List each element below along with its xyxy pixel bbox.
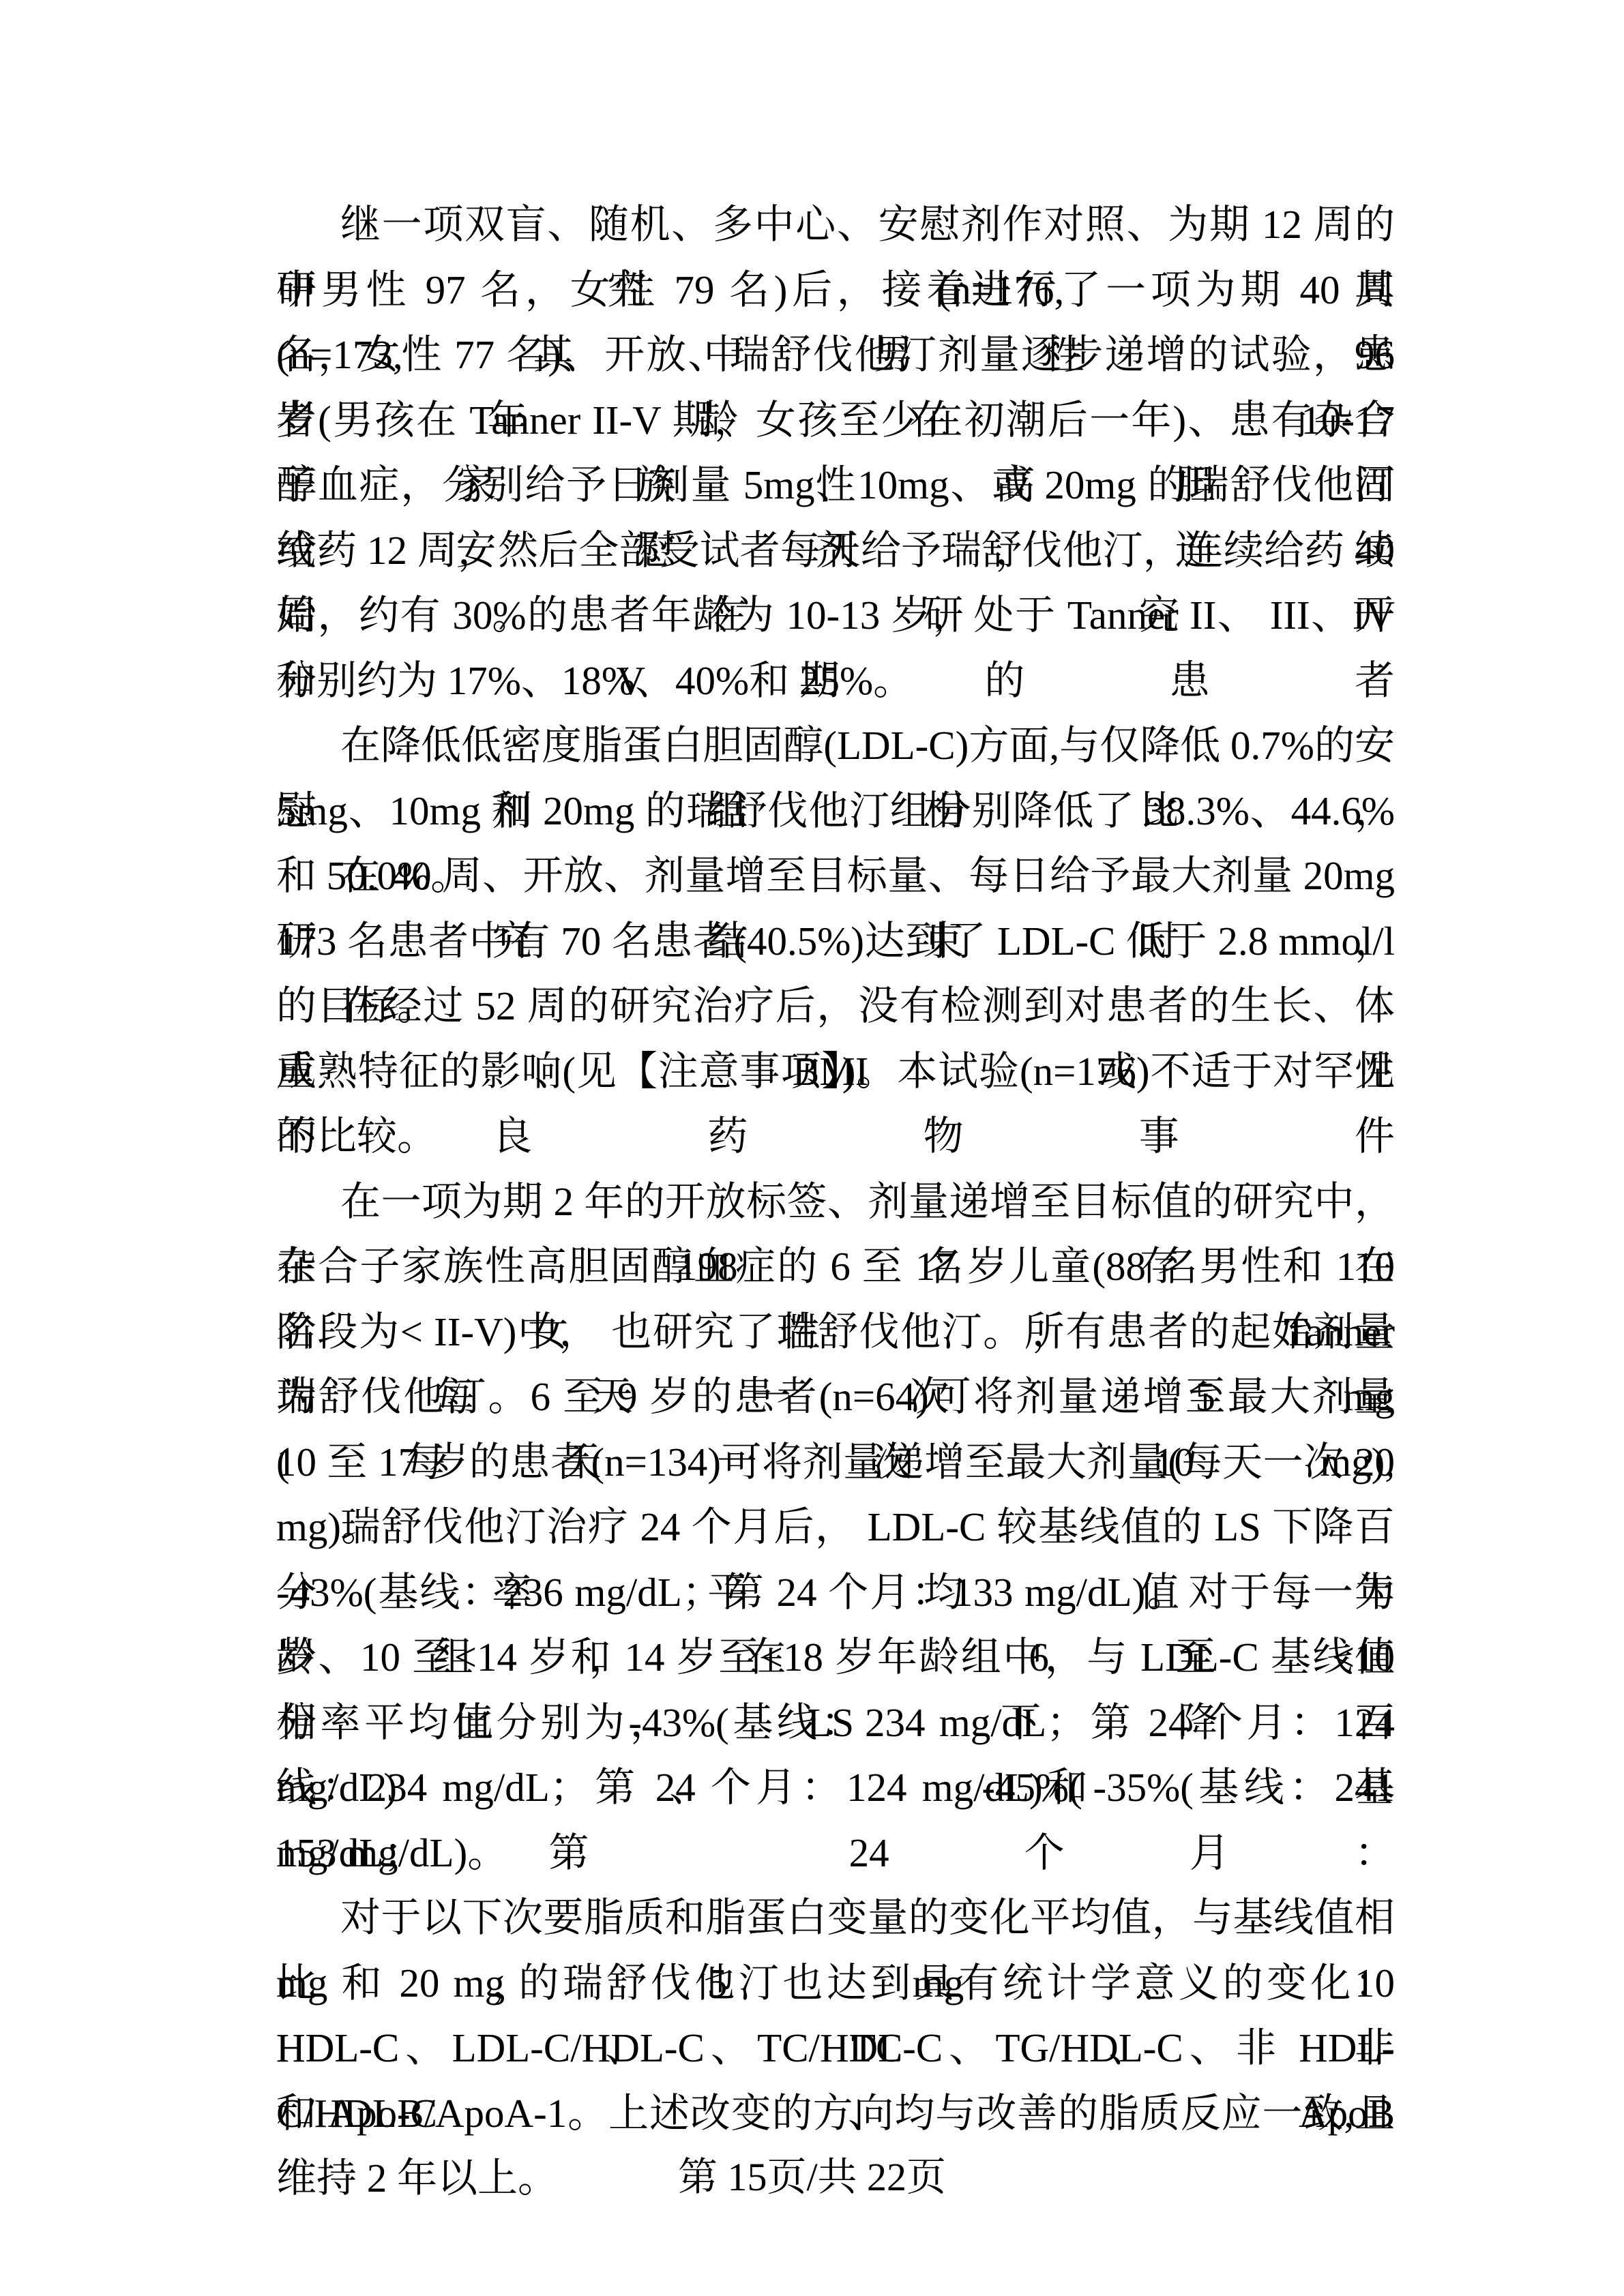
text-line: 始，约有 30%的患者年龄为 10-13 岁，处于 Tanner II、 III… — [276, 583, 1395, 648]
text-line: 名，女性 77 名)、开放、瑞舒伐他汀剂量逐步递增的试验，患者年龄在 10-17 — [276, 323, 1395, 388]
text-line: 瑞舒伐他汀治疗 24 个月后， LDL-C 较基线值的 LS 下降百分率平均值为 — [276, 1495, 1395, 1560]
paragraph: 在降低低密度脂蛋白胆固醇(LDL-C)方面,与仅降低 0.7%的安慰剂组相比，5… — [276, 713, 1395, 844]
text-line: 5mg、10mg 和 20mg 的瑞舒伐他汀组分别降低了 38.3%、44.6%… — [276, 779, 1395, 844]
text-line: 在 40 周、开放、剂量增至目标量、每日给予最大剂量 20mg 研究结束时， — [276, 844, 1395, 909]
text-line: 给药 12 周，然后全部受试者每天给予瑞舒伐他汀，连续给药 40 周。在研究开 — [276, 518, 1395, 584]
text-line: mg 和 20 mg 的瑞舒伐他汀也达到具有统计学意义的变化：HDL-C、TC、… — [276, 1951, 1395, 2016]
text-line: 岁、10 至<14 岁和 14 岁至<18 岁年龄组中，与 LDL-C 基线值相… — [276, 1625, 1395, 1690]
text-line: 阶段为< II-V)中， 也研究了瑞舒伐他汀。所有患者的起始剂量为每天一次 5 … — [276, 1300, 1395, 1365]
page-footer: 第 15页/共 22页 — [0, 2156, 1624, 2198]
paragraph: 在 40 周、开放、剂量增至目标量、每日给予最大剂量 20mg 研究结束时，17… — [276, 844, 1395, 974]
text-line: HDL-C、LDL-C/HDL-C、TC/HDL-C、TG/HDL-C、非 HD… — [276, 2016, 1395, 2081]
text-line: 和 ApoB/ApoA-1。上述改变的方向均与改善的脂质反应一致,且维持 2 年… — [276, 2081, 1395, 2147]
text-line: 对于以下次要脂质和脂蛋白变量的变化平均值，与基线值相比，5 mg、10 — [276, 1885, 1395, 1951]
text-line: 在降低低密度脂蛋白胆固醇(LDL-C)方面,与仅降低 0.7%的安慰剂组相比， — [276, 713, 1395, 779]
paragraph: 继一项双盲、随机、多中心、安慰剂作对照、为期 12 周的研究(n=176,其中男… — [276, 192, 1395, 713]
paragraph: 在一项为期 2 年的开放标签、剂量递增至目标值的研究中，在 198 名存在杂合子… — [276, 1169, 1395, 1495]
text-line: 杂合子家族性高胆固醇血症的 6 至 17 岁儿童(88 名男性和 110 名女性… — [276, 1234, 1395, 1300]
text-line: 成熟特征的影响(见【注意事项】)。本试验(n=176)不适于对罕见不良药物事件 — [276, 1039, 1395, 1105]
text-line: 醇血症，分别给予日剂量 5mg、10mg、或 20mg 的瑞舒伐他汀或安慰剂，连… — [276, 453, 1395, 518]
text-line: -43%(基线：236 mg/dL；第 24 个月：133 mg/dL)。对于每… — [276, 1560, 1395, 1626]
text-line: 线：234 mg/dL；第 24 个月：124 mg/dL)和-35%(基线：2… — [276, 1755, 1395, 1821]
paragraph: 瑞舒伐他汀治疗 24 个月后， LDL-C 较基线值的 LS 下降百分率平均值为… — [276, 1495, 1395, 1885]
text-line: 在一项为期 2 年的开放标签、剂量递增至目标值的研究中，在 198 名存在 — [276, 1169, 1395, 1235]
document-page: 继一项双盲、随机、多中心、安慰剂作对照、为期 12 周的研究(n=176,其中男… — [0, 0, 1624, 2296]
text-line: 10 至 17 岁的患者(n=134)可将剂量递增至最大剂量(每天一次 20 m… — [276, 1430, 1395, 1495]
paragraph: 对于以下次要脂质和脂蛋白变量的变化平均值，与基线值相比，5 mg、10mg 和 … — [276, 1885, 1395, 2146]
text-line: 在经过 52 周的研究治疗后，没有检测到对患者的生长、体重、BMI 或性 — [276, 974, 1395, 1039]
text-line: 中男性 97 名，女性 79 名)后，接着进行了一项为期 40 周(n=173,… — [276, 258, 1395, 323]
text-line: 173 名患者中有 70 名患者(40.5%)达到了 LDL-C 低于 2.8 … — [276, 909, 1395, 974]
text-line: 瑞舒伐他汀。6 至 9 岁的患者(n=64)可将剂量递增至最大剂量(每天一次 1… — [276, 1365, 1395, 1430]
document-body: 继一项双盲、随机、多中心、安慰剂作对照、为期 12 周的研究(n=176,其中男… — [276, 192, 1395, 2146]
text-line: 继一项双盲、随机、多中心、安慰剂作对照、为期 12 周的研究(n=176,其 — [276, 192, 1395, 258]
text-line: 分率平均值分别为-43%(基线：234 mg/dL；第 24 个月：124 mg… — [276, 1690, 1395, 1756]
text-line: 岁(男孩在 Tanner II-V 期，女孩至少在初潮后一年)、患有杂合子家族性… — [276, 388, 1395, 453]
paragraph: 在经过 52 周的研究治疗后，没有检测到对患者的生长、体重、BMI 或性成熟特征… — [276, 974, 1395, 1169]
page-number: 第 15页/共 22页 — [678, 2155, 946, 2199]
